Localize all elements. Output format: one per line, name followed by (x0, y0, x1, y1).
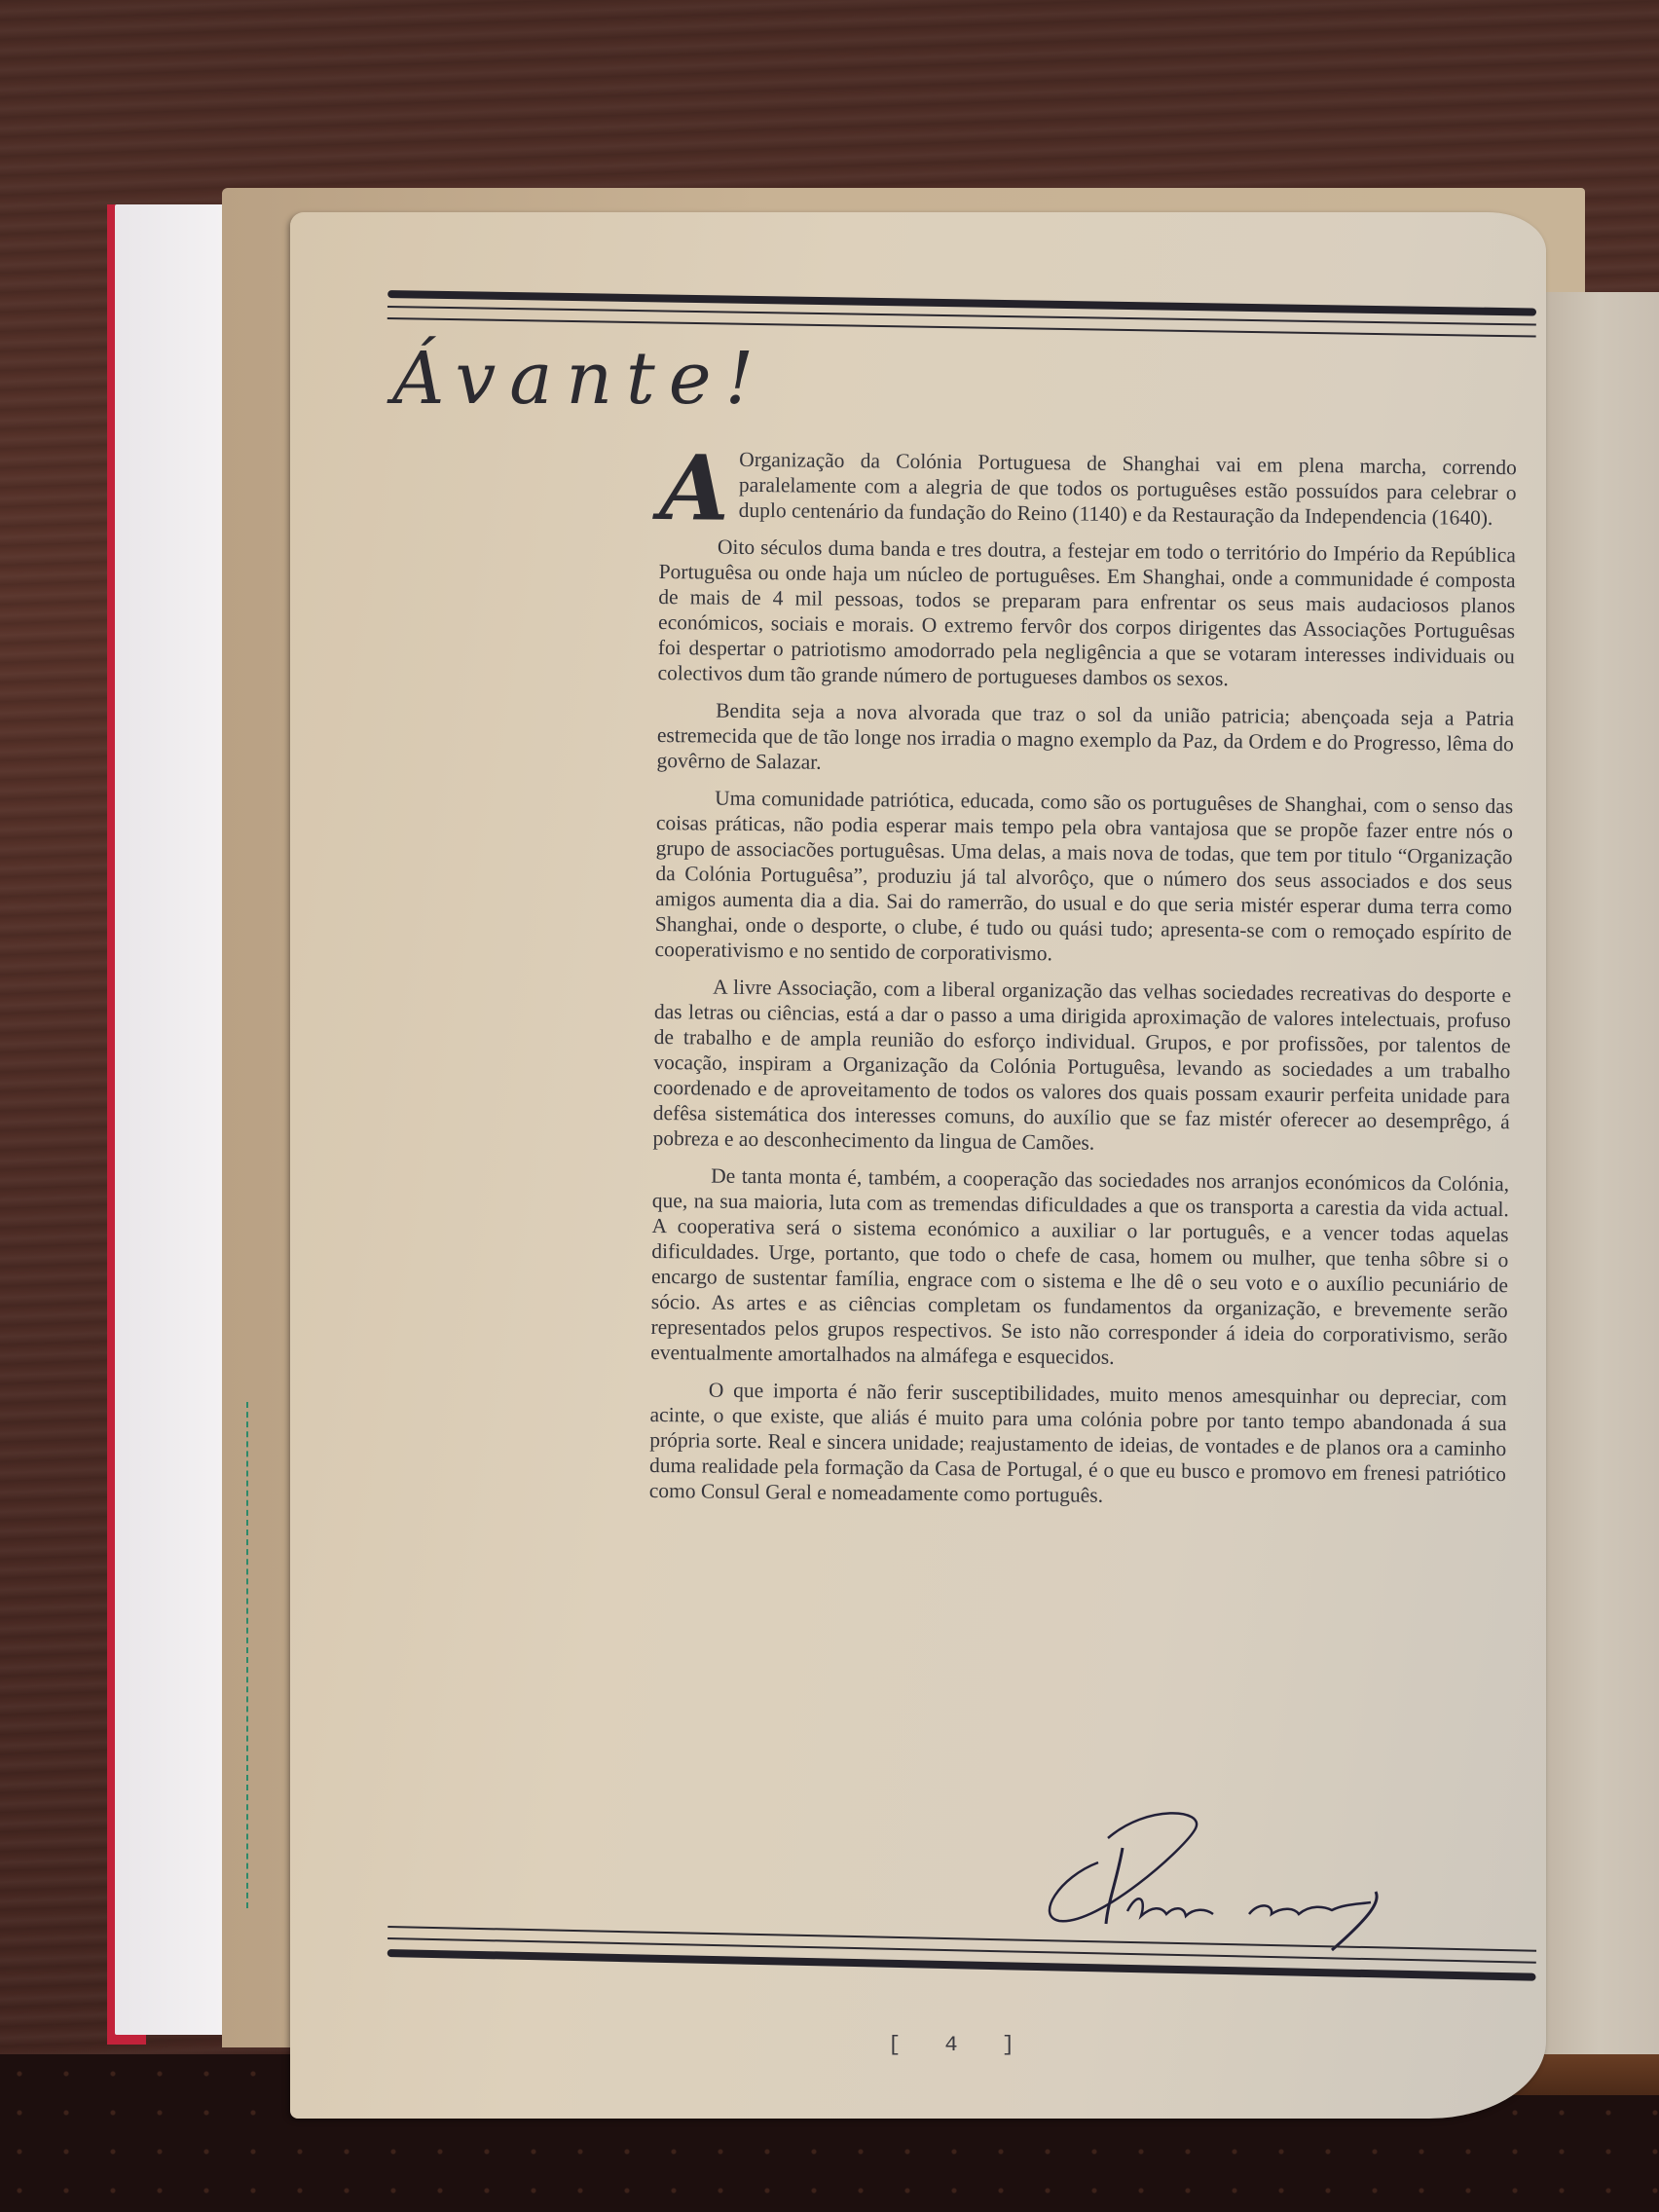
paragraph-7: O que importa é não ferir susceptibilida… (649, 1377, 1507, 1512)
paragraph-text: Organização da Colónia Portuguesa de Sha… (739, 448, 1517, 530)
page-title: Ávante! (392, 337, 767, 421)
drop-cap: A (659, 450, 729, 527)
green-margin-mark (246, 1402, 250, 1908)
rule-thick-line (387, 290, 1536, 316)
paragraph-4: Uma comunidade patriótica, educada, como… (654, 785, 1513, 971)
paragraph-1: A Organização da Colónia Portuguesa de S… (659, 446, 1517, 531)
rule-thick-line (387, 1949, 1536, 1981)
printed-page: Ávante! A Organização da Colónia Portugu… (290, 212, 1546, 2119)
paragraph-5: A livre Associação, com a liberal organi… (652, 974, 1511, 1160)
facing-page-stack (1538, 292, 1659, 2054)
page-number: [ 4 ] (874, 2033, 1030, 2057)
paragraph-3: Bendita seja a nova alvorada que traz o … (656, 697, 1514, 782)
paragraph-2: Oito séculos duma banda e tres doutra, a… (657, 534, 1516, 694)
bracket-close: ] (1002, 2033, 1016, 2057)
article-body: A Organização da Colónia Portuguesa de S… (649, 446, 1517, 1524)
paragraph-6: De tanta monta é, também, a cooperação d… (650, 1162, 1509, 1374)
top-decorative-rule (387, 290, 1536, 338)
handwritten-signature (1040, 1809, 1429, 1955)
bracket-open: [ (888, 2033, 903, 2057)
page-number-value: 4 (944, 2033, 959, 2057)
